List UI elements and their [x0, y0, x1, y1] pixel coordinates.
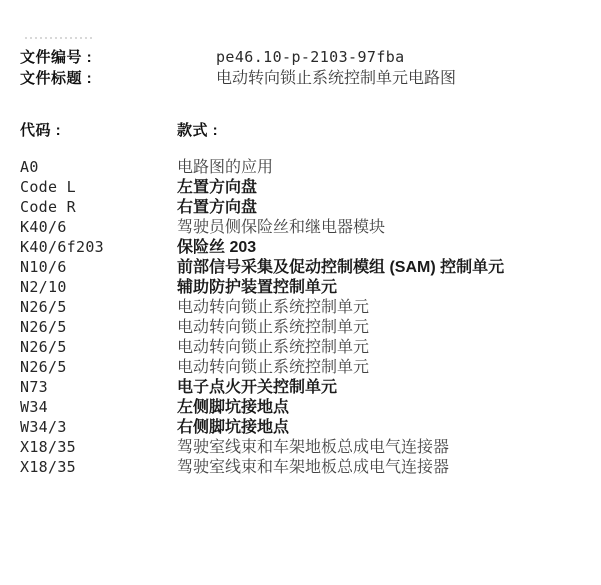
code-table: A0 电路图的应用 Code L 左置方向盘 Code R 右置方向盘 K40/… [20, 157, 504, 477]
scan-artifact-dots [25, 37, 93, 39]
desc-cell: 右置方向盘 [177, 198, 257, 218]
code-cell: N10/6 [20, 257, 177, 277]
code-cell: Code R [20, 197, 177, 217]
table-row: N73 电子点火开关控制单元 [20, 377, 504, 397]
desc-cell: 电子点火开关控制单元 [177, 378, 337, 398]
table-row: N2/10 辅助防护装置控制单元 [20, 277, 504, 297]
code-cell: A0 [20, 157, 177, 177]
table-row: N26/5 电动转向锁止系统控制单元 [20, 317, 504, 337]
desc-cell: 左置方向盘 [177, 178, 257, 198]
code-cell: K40/6 [20, 217, 177, 237]
desc-cell: 驾驶员侧保险丝和继电器模块 [177, 218, 385, 238]
desc-cell: 电动转向锁止系统控制单元 [177, 318, 369, 338]
desc-cell: 辅助防护装置控制单元 [177, 278, 337, 298]
desc-cell: 驾驶室线束和车架地板总成电气连接器 [177, 438, 449, 458]
document-header: 文件编号 : pe46.10-p-2103-97fba 文件标题 : 电动转向锁… [20, 46, 456, 90]
table-row: X18/35 驾驶室线束和车架地板总成电气连接器 [20, 437, 504, 457]
code-cell: N26/5 [20, 317, 177, 337]
table-row: N26/5 电动转向锁止系统控制单元 [20, 337, 504, 357]
table-row: N10/6 前部信号采集及促动控制模组 (SAM) 控制单元 [20, 257, 504, 277]
table-row: N26/5 电动转向锁止系统控制单元 [20, 357, 504, 377]
table-row: K40/6 驾驶员侧保险丝和继电器模块 [20, 217, 504, 237]
desc-cell: 前部信号采集及促动控制模组 (SAM) 控制单元 [177, 258, 504, 278]
code-cell: W34/3 [20, 417, 177, 437]
file-title-value: 电动转向锁止系统控制单元电路图 [216, 68, 456, 90]
code-cell: X18/35 [20, 437, 177, 457]
code-column-header: 代码 : [20, 119, 177, 140]
code-cell: N26/5 [20, 357, 177, 377]
table-row: W34/3 右侧脚坑接地点 [20, 417, 504, 437]
table-header-row: 代码 : 款式 : [20, 119, 218, 140]
table-row: N26/5 电动转向锁止系统控制单元 [20, 297, 504, 317]
code-cell: X18/35 [20, 457, 177, 477]
table-row: A0 电路图的应用 [20, 157, 504, 177]
desc-cell: 左侧脚坑接地点 [177, 398, 289, 418]
code-cell: N73 [20, 377, 177, 397]
file-number-row: 文件编号 : pe46.10-p-2103-97fba [20, 46, 456, 68]
code-cell: N26/5 [20, 297, 177, 317]
table-row: X18/35 驾驶室线束和车架地板总成电气连接器 [20, 457, 504, 477]
code-cell: N2/10 [20, 277, 177, 297]
desc-cell: 电路图的应用 [177, 158, 273, 178]
desc-cell: 驾驶室线束和车架地板总成电气连接器 [177, 458, 449, 478]
table-row: W34 左侧脚坑接地点 [20, 397, 504, 417]
table-row: K40/6f203 保险丝 203 [20, 237, 504, 257]
desc-cell: 电动转向锁止系统控制单元 [177, 298, 369, 318]
table-row: Code L 左置方向盘 [20, 177, 504, 197]
code-cell: Code L [20, 177, 177, 197]
file-title-row: 文件标题 : 电动转向锁止系统控制单元电路图 [20, 68, 456, 90]
code-cell: W34 [20, 397, 177, 417]
desc-cell: 电动转向锁止系统控制单元 [177, 338, 369, 358]
file-number-value: pe46.10-p-2103-97fba [216, 46, 405, 68]
document-page: 文件编号 : pe46.10-p-2103-97fba 文件标题 : 电动转向锁… [0, 0, 601, 585]
desc-cell: 右侧脚坑接地点 [177, 418, 289, 438]
code-cell: N26/5 [20, 337, 177, 357]
desc-cell: 电动转向锁止系统控制单元 [177, 358, 369, 378]
desc-cell: 保险丝 203 [177, 238, 256, 258]
table-row: Code R 右置方向盘 [20, 197, 504, 217]
style-column-header: 款式 : [177, 119, 218, 140]
code-cell: K40/6f203 [20, 237, 177, 257]
file-number-label: 文件编号 : [20, 47, 216, 69]
file-title-label: 文件标题 : [20, 68, 216, 90]
